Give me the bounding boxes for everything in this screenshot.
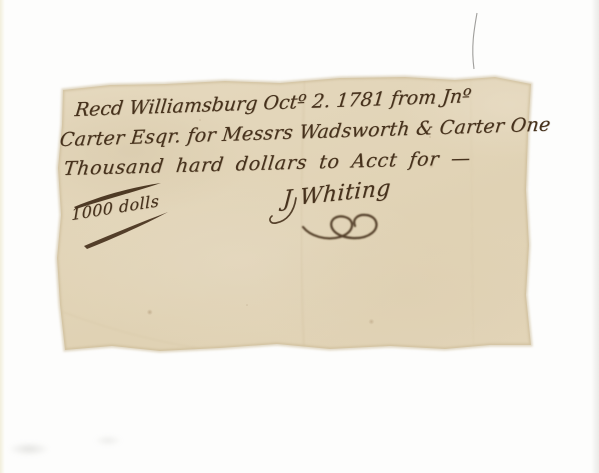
scan-edge-right <box>591 0 599 473</box>
scratch-mark <box>473 13 477 69</box>
scan-smudge <box>94 435 122 446</box>
receipt-paper <box>0 0 599 473</box>
scan-smudge <box>8 442 50 456</box>
scan-edge-left <box>0 0 5 473</box>
document-scan: Recd Williamsburg Octº 2. 1781 from Jnº … <box>0 0 599 473</box>
